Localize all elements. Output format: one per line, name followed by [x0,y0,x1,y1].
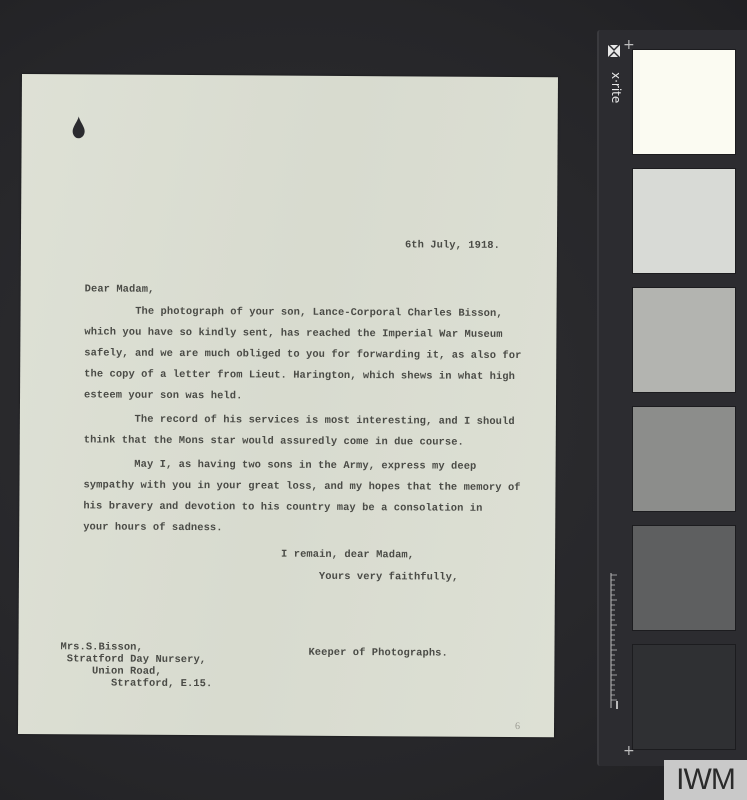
paragraph-line: your hours of sadness. [83,522,222,533]
address-line: Stratford Day Nursery, [60,654,206,665]
xrite-logo-icon [607,44,621,58]
paragraph-line: May I, as having two sons in the Army, e… [84,459,477,472]
paragraph-line: safely, and we are much obliged to you f… [84,348,521,361]
address-line: Mrs.S.Bisson, [60,642,142,653]
page-number: 6 [515,721,520,732]
address-line: Union Road, [60,666,161,677]
paragraph-line: which you have so kindly sent, has reach… [84,327,502,340]
brand-label: x·rite [609,72,623,103]
gray-patch-5 [632,525,736,631]
gray-patch-1 [632,49,736,155]
xrite-logo: x·rite [605,44,625,114]
paragraph-line: his bravery and devotion to his country … [83,501,482,514]
gray-patch-3 [632,287,736,393]
gray-patch-2 [632,168,736,274]
ruler-scale-icon [609,573,621,713]
color-checker-card: x·rite + + [597,30,747,766]
letter-page: 6th July, 1918. Dear Madam, The photogra… [18,74,558,737]
paragraph-line: think that the Mons star would assuredly… [84,435,464,448]
paragraph-line: the copy of a letter from Lieut. Haringt… [84,369,515,382]
letter-closing-line: I remain, dear Madam, [281,550,414,561]
iwm-watermark: IWM [664,760,747,800]
paragraph-line: The photograph of your son, Lance-Corpor… [85,306,503,319]
gray-patch-6 [632,644,736,750]
paragraph-line: esteem your son was held. [84,390,242,401]
letter-salutation: Dear Madam, [85,284,155,295]
crosshair-icon: + [623,744,635,758]
letter-date: 6th July, 1918. [405,240,500,251]
signature-title: Keeper of Photographs. [308,648,447,659]
paragraph-line: The record of his services is most inter… [84,414,515,427]
paragraph-line: sympathy with you in your great loss, an… [83,480,520,493]
punch-hole-icon [72,116,86,138]
gray-patch-4 [632,406,736,512]
address-line: Stratford, E.15. [60,678,212,689]
letter-closing-sign: Yours very faithfully, [319,572,458,583]
